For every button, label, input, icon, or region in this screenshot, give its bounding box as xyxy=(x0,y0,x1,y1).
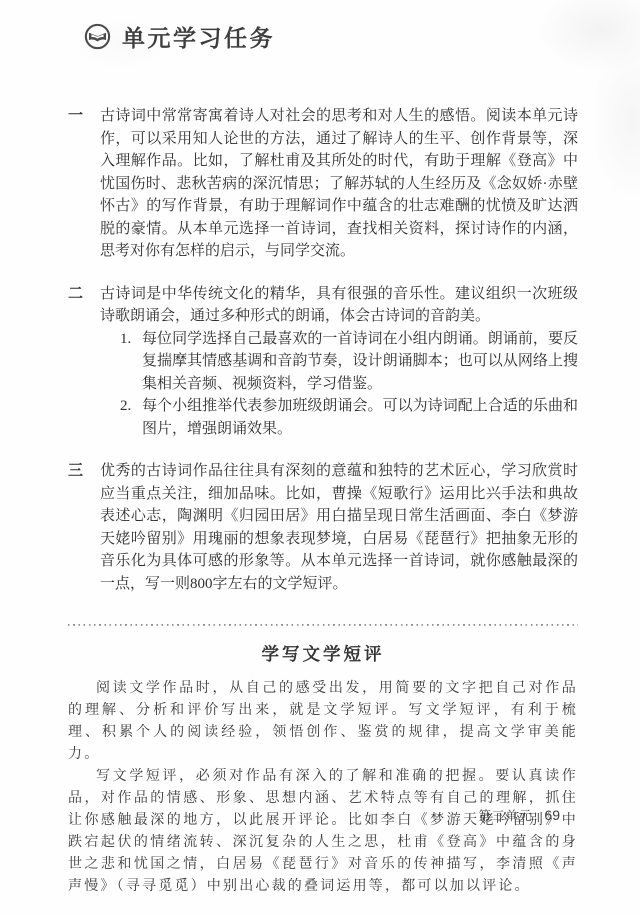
task-text: 古诗词中常常寄寓着诗人对社会的思考和对人生的感悟。阅读本单元诗作，可以采用知人论… xyxy=(100,105,578,263)
subitem-text: 每位同学选择自己最喜欢的一首诗词在小组内朗诵。朗诵前，要反复揣摩其情感基调和音韵… xyxy=(142,328,578,396)
page-footer: 第三单元 69 xyxy=(478,806,560,824)
unit-label: 第三单元 xyxy=(478,806,532,824)
task-text: 古诗词是中华传统文化的精华，具有很强的音乐性。建议组织一次班级诗歌朗诵会，通过多… xyxy=(100,286,578,325)
task-marker: 三 xyxy=(68,460,100,595)
task-body: 古诗词是中华传统文化的精华，具有很强的音乐性。建议组织一次班级诗歌朗诵会，通过多… xyxy=(100,283,578,441)
task-marker: 二 xyxy=(68,283,100,441)
task-item-1: 一 古诗词中常常寄寓着诗人对社会的思考和对人生的感悟。阅读本单元诗作，可以采用知… xyxy=(68,105,578,263)
task-text: 优秀的古诗词作品往往具有深刻的意蕴和独特的艺术匠心，学习欣赏时应当重点关注，细加… xyxy=(100,460,578,595)
subitem-number: 2. xyxy=(120,395,142,440)
task-item-2: 二 古诗词是中华传统文化的精华，具有很强的音乐性。建议组织一次班级诗歌朗诵会，通… xyxy=(68,283,578,441)
textbook-page: 单元学习任务 一 古诗词中常常寄寓着诗人对社会的思考和对人生的感悟。阅读本单元诗… xyxy=(0,0,640,915)
task-item-3: 三 优秀的古诗词作品往往具有深刻的意蕴和独特的艺术匠心，学习欣赏时应当重点关注，… xyxy=(68,460,578,595)
essay-section-title: 学写文学短评 xyxy=(68,641,578,666)
essay-paragraph-1: 阅读文学作品时，从自己的感受出发，用简要的文字把自己对作品的理解、分析和评价写出… xyxy=(68,678,578,766)
dotted-divider xyxy=(68,623,578,626)
task-list: 一 古诗词中常常寄寓着诗人对社会的思考和对人生的感悟。阅读本单元诗作，可以采用知… xyxy=(68,105,578,595)
essay-paragraph-2: 写文学短评，必须对作品有深入的了解和准确的把握。要认真读作品，对作品的情感、形象… xyxy=(68,766,578,898)
unit-task-book-icon xyxy=(84,23,111,50)
task-subitem-1: 1. 每位同学选择自己最喜欢的一首诗词在小组内朗诵。朗诵前，要反复揣摩其情感基调… xyxy=(100,328,578,396)
subitem-number: 1. xyxy=(120,328,142,396)
essay-guide-section: 学写文学短评 阅读文学作品时，从自己的感受出发，用简要的文字把自己对作品的理解、… xyxy=(68,623,578,898)
task-marker: 一 xyxy=(68,105,100,263)
page-header: 单元学习任务 xyxy=(84,20,640,53)
subitem-text: 每个小组推举代表参加班级朗诵会。可以为诗词配上合适的乐曲和图片，增强朗诵效果。 xyxy=(142,395,578,440)
page-title: 单元学习任务 xyxy=(122,20,275,53)
task-subitem-2: 2. 每个小组推举代表参加班级朗诵会。可以为诗词配上合适的乐曲和图片，增强朗诵效… xyxy=(100,395,578,440)
page-number: 69 xyxy=(544,807,560,823)
